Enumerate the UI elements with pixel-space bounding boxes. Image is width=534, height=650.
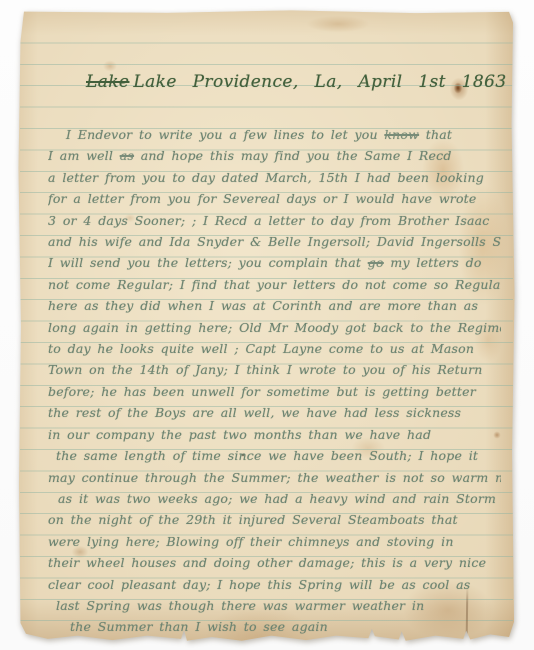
letter-scan: LakeLake Providence, La, April 1st 1863 … [0, 0, 534, 650]
line-segment: long again in getting here; Old Mr Moody… [48, 320, 501, 335]
line-segment: I will send you the letters; you complai… [48, 255, 368, 270]
line-segment: I Endevor to write you a few lines to le… [66, 127, 384, 142]
line-segment: their wheel houses and doing other damag… [48, 555, 486, 570]
line-segment: I am well [48, 148, 120, 163]
line-segment: that [419, 127, 452, 142]
letter-body: I Endevor to write you a few lines to le… [48, 124, 501, 638]
line-segment: on the night of the 29th it injured Seve… [48, 512, 458, 527]
line-segment: were lying here; Blowing off their chimn… [48, 534, 454, 549]
letter-line: may continue through the Summer; the wea… [48, 467, 501, 488]
letter-line: were lying here; Blowing off their chimn… [48, 531, 501, 552]
line-segment: the rest of the Boys are all well, we ha… [48, 405, 461, 420]
line-segment: before; he has been unwell for sometime … [48, 384, 476, 399]
line-segment: to day he looks quite well ; Capt Layne … [48, 341, 474, 356]
letter-line: for a letter from you for Severeal days … [48, 188, 501, 209]
line-segment: a letter from you to day dated March, 15… [48, 170, 484, 185]
letter-line: as it was two weeks ago; we had a heavy … [48, 488, 501, 509]
line-segment: the same length of time since we have be… [56, 448, 478, 463]
line-segment: 3 or 4 days Sooner; ; I Recd a letter to… [48, 213, 489, 228]
struck-word: know [384, 127, 419, 142]
line-segment: may continue through the Summer; the wea… [48, 470, 501, 485]
heading-dateline: Lake Providence, La, April 1st 1863 [133, 72, 506, 92]
line-segment: in our company the past two months than … [48, 427, 431, 442]
line-segment: and hope this may find you the Same I Re… [134, 148, 451, 163]
line-segment: and his wife and Ida Snyder & Belle Inge… [48, 234, 501, 249]
line-segment: my letters do [384, 255, 482, 270]
letter-line: their wheel houses and doing other damag… [48, 552, 501, 573]
letter-line: long again in getting here; Old Mr Moody… [48, 317, 501, 338]
letter-line: here as they did when I was at Corinth a… [48, 295, 501, 316]
letter-line: and his wife and Ida Snyder & Belle Inge… [48, 231, 501, 252]
letter-line: on the night of the 29th it injured Seve… [48, 509, 501, 530]
line-segment: Town on the 14th of Jany; I think I wrot… [48, 362, 483, 377]
letter-paper: LakeLake Providence, La, April 1st 1863 … [18, 10, 515, 642]
line-segment: clear cool pleasant day; I hope this Spr… [48, 577, 470, 592]
letter-line: I Endevor to write you a few lines to le… [48, 124, 501, 145]
letter-line: before; he has been unwell for sometime … [48, 381, 501, 402]
line-segment: not come Regular; I find that your lette… [48, 277, 501, 292]
letter-line: the same length of time since we have be… [48, 445, 501, 466]
struck-word: go [368, 255, 384, 270]
letter-line: I am well as and hope this may find you … [48, 145, 501, 166]
letter-line: last Spring was though there was warmer … [48, 595, 501, 616]
letter-line: in our company the past two months than … [48, 424, 501, 445]
letter-line: Town on the 14th of Jany; I think I wrot… [48, 359, 501, 380]
line-segment: as it was two weeks ago; we had a heavy … [58, 491, 496, 506]
letter-line: 3 or 4 days Sooner; ; I Recd a letter to… [48, 210, 501, 231]
line-segment: last Spring was though there was warmer … [56, 598, 424, 613]
letter-line: the rest of the Boys are all well, we ha… [48, 402, 501, 423]
line-segment: here as they did when I was at Corinth a… [48, 298, 478, 313]
letter-line: to day he looks quite well ; Capt Layne … [48, 338, 501, 359]
letter-line: the Summer than I wish to see again [48, 616, 501, 637]
heading-struck-word: Lake [86, 72, 129, 92]
struck-word: as [120, 148, 134, 163]
letter-line: a letter from you to day dated March, 15… [48, 167, 501, 188]
letter-heading: LakeLake Providence, La, April 1st 1863 [86, 72, 507, 92]
letter-paper-wrap: LakeLake Providence, La, April 1st 1863 … [18, 10, 515, 642]
letter-line: clear cool pleasant day; I hope this Spr… [48, 574, 501, 595]
letter-line: not come Regular; I find that your lette… [48, 274, 501, 295]
line-segment: for a letter from you for Severeal days … [48, 191, 477, 206]
line-segment: the Summer than I wish to see again [70, 619, 328, 634]
letter-line: I will send you the letters; you complai… [48, 252, 501, 273]
